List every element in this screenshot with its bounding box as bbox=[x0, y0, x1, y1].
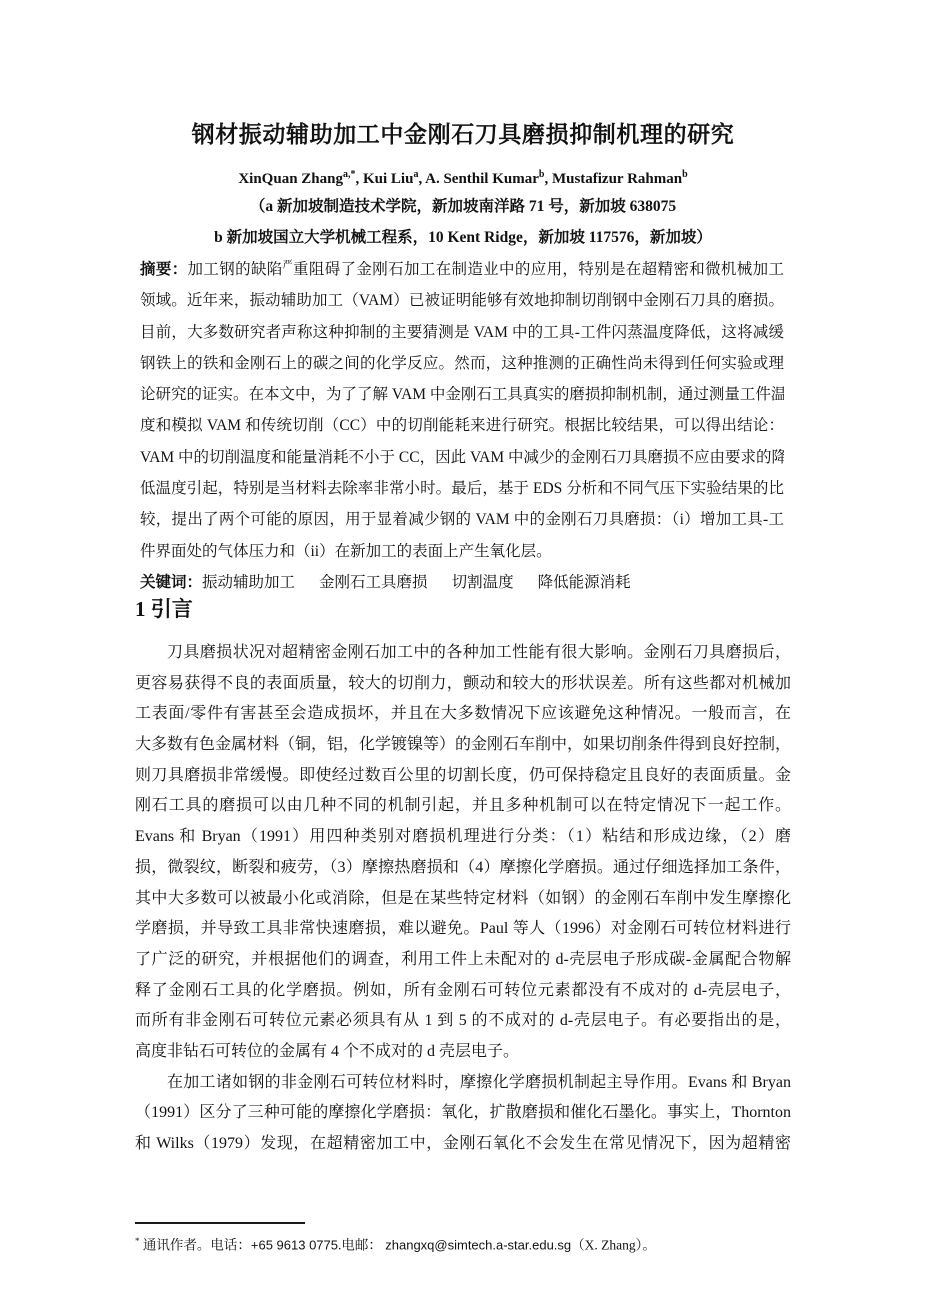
paragraph-line: 刚石工具的磨损可以由几种不同的机制引起，并且多种机制可以在特定情况下一起工作。 bbox=[135, 791, 791, 822]
footnote-email: zhangxq@simtech.a-star.edu.sg bbox=[385, 1238, 571, 1253]
paragraph-line: 学磨损，并导致工具非常快速磨损，难以避免。Paul 等人（1996）对金刚石可转… bbox=[135, 914, 791, 945]
keyword-item: 切割温度 bbox=[452, 574, 514, 591]
author-affiliation-superscript: a,* bbox=[343, 169, 356, 180]
keywords-line: 关键词：振动辅助加工金刚石工具磨损切割温度降低能源消耗 bbox=[140, 567, 784, 598]
footnote-phone: +65 9613 0775 bbox=[251, 1238, 338, 1253]
abstract-line: 钢铁上的铁和金刚石上的碳之间的化学反应。然而，这种推测的正确性尚未得到任何实验或… bbox=[140, 348, 784, 379]
author-name: , A. Senthil Kumar bbox=[418, 171, 538, 187]
paragraph-line: 和 Wilks（1979）发现，在超精密加工中，金刚石氧化不会发生在常见情况下，… bbox=[135, 1129, 791, 1160]
section-heading-introduction: 1 引言 bbox=[135, 595, 791, 623]
abstract-line: 度和模拟 VAM 和传统切削（CC）中的切削能耗来进行研究。根据比较结果，可以得… bbox=[140, 410, 784, 441]
footnote-text-suffix: （X. Zhang）。 bbox=[571, 1238, 656, 1253]
author-name: , Kui Liu bbox=[355, 171, 413, 187]
paragraph-line: 了广泛的研究，并根据他们的调查，利用工件上未配对的 d-壳层电子形成碳-金属配合… bbox=[135, 945, 791, 976]
paragraph-line: 损，微裂纹，断裂和疲劳，（3）摩擦热磨损和（4）摩擦化学磨损。通过仔细选择加工条… bbox=[135, 853, 791, 884]
footnote-text-mid: .电邮： bbox=[338, 1238, 382, 1253]
abstract-line: 目前，大多数研究者声称这种抑制的主要猜测是 VAM 中的工具-工件闪蒸温度降低，… bbox=[140, 317, 784, 348]
abstract-line: 摘要：加工钢的缺陷严重阻碍了金刚石加工在制造业中的应用，特别是在超精密和微机械加… bbox=[140, 254, 784, 285]
paragraph-line: Evans 和 Bryan（1991）用四种类别对磨损机理进行分类：（1）粘结和… bbox=[135, 822, 791, 853]
abstract-line: 论研究的证实。在本文中，为了了解 VAM 中金刚石工具真实的磨损抑制机制，通过测… bbox=[140, 379, 784, 410]
abstract-label: 摘要： bbox=[140, 261, 188, 278]
paper-page: 钢材振动辅助加工中金刚石刀具磨损抑制机理的研究 XinQuan Zhanga,*… bbox=[0, 0, 926, 1309]
paragraph-line: 大多数有色金属材料（铜，铝，化学镀镍等）的金刚石车削中，如果切削条件得到良好控制… bbox=[135, 730, 791, 761]
abstract-line: 较，提出了两个可能的原因，用于显着减少钢的 VAM 中的金刚石刀具磨损：（i）增… bbox=[140, 504, 784, 535]
paragraph-line: 刀具磨损状况对超精密金刚石加工中的各种加工性能有很大影响。金刚石刀具磨损后， bbox=[135, 638, 791, 669]
affiliation-b: b 新加坡国立大学机械工程系，10 Kent Ridge，新加坡 117576，… bbox=[68, 227, 858, 249]
abstract-text: 重阻碍了金刚石加工在制造业中的应用，特别是在超精密和微机械加工 bbox=[293, 261, 784, 278]
footnote-divider bbox=[135, 1222, 305, 1224]
authors-line: XinQuan Zhanga,*, Kui Liua, A. Senthil K… bbox=[68, 164, 858, 190]
page-title: 钢材振动辅助加工中金刚石刀具磨损抑制机理的研究 bbox=[68, 118, 858, 152]
affiliation-a: （a 新加坡制造技术学院，新加坡南洋路 71 号，新加坡 638075 bbox=[68, 196, 858, 218]
author-name: XinQuan Zhang bbox=[238, 171, 343, 187]
paragraph-line: 其中大多数可以被最小化或消除，但是在某些特定材料（如钢）的金刚石车削中发生摩擦化 bbox=[135, 884, 791, 915]
abstract-superscript-char: 严 bbox=[283, 260, 293, 271]
abstract-line: 件界面处的气体压力和（ii）在新加工的表面上产生氧化层。 bbox=[140, 536, 784, 567]
corresponding-author-footnote: * 通讯作者。电话：+65 9613 0775.电邮： zhangxq@simt… bbox=[135, 1231, 815, 1256]
paragraph-line: 更容易获得不良的表面质量，较大的切削力，颤动和较大的形状误差。所有这些都对机械加 bbox=[135, 669, 791, 700]
footnote-text-prefix: 通讯作者。电话： bbox=[143, 1238, 251, 1253]
author-name: , Mustafizur Rahman bbox=[544, 171, 682, 187]
author-affiliation-superscript: b bbox=[682, 169, 688, 180]
paragraph-line: 在加工诸如钢的非金刚石可转位材料时，摩擦化学磨损机制起主导作用。Evans 和 … bbox=[135, 1068, 791, 1099]
abstract-line: VAM 中的切削温度和能量消耗不小于 CC，因此 VAM 中减少的金刚石刀具磨损… bbox=[140, 442, 784, 473]
keyword-item: 降低能源消耗 bbox=[538, 574, 631, 591]
footnote-marker: * bbox=[135, 1236, 140, 1246]
paragraph-line: 高度非钻石可转位的金属有 4 个不成对的 d 壳层电子。 bbox=[135, 1037, 791, 1068]
abstract-line: 领域。近年来，振动辅助加工（VAM）已被证明能够有效地抑制切削钢中金刚石刀具的磨… bbox=[140, 285, 784, 316]
abstract-section: 摘要：加工钢的缺陷严重阻碍了金刚石加工在制造业中的应用，特别是在超精密和微机械加… bbox=[140, 254, 784, 598]
paragraph-line: （1991）区分了三种可能的摩擦化学磨损：氧化，扩散磨损和催化石墨化。事实上，T… bbox=[135, 1098, 791, 1129]
paragraph-line: 工表面/零件有害甚至会造成损坏，并且在大多数情况下应该避免这种情况。一般而言，在 bbox=[135, 699, 791, 730]
paragraph-line: 而所有非金刚石可转位元素必须具有从 1 到 5 的不成对的 d-壳层电子。有必要… bbox=[135, 1006, 791, 1037]
paragraph-line: 则刀具磨损非常缓慢。即使经过数百公里的切割长度，仍可保持稳定且良好的表面质量。金 bbox=[135, 761, 791, 792]
keyword-item: 振动辅助加工 bbox=[202, 574, 295, 591]
paragraph-line: 释了金刚石工具的化学磨损。例如，所有金刚石可转位元素都没有不成对的 d-壳层电子… bbox=[135, 976, 791, 1007]
keywords-label: 关键词： bbox=[140, 574, 202, 591]
abstract-text: 加工钢的缺陷 bbox=[188, 261, 283, 278]
introduction-body: 刀具磨损状况对超精密金刚石加工中的各种加工性能有很大影响。金刚石刀具磨损后，更容… bbox=[135, 638, 791, 1160]
keyword-item: 金刚石工具磨损 bbox=[319, 574, 428, 591]
abstract-line: 低温度引起，特别是当材料去除率非常小时。最后，基于 EDS 分析和不同气压下实验… bbox=[140, 473, 784, 504]
